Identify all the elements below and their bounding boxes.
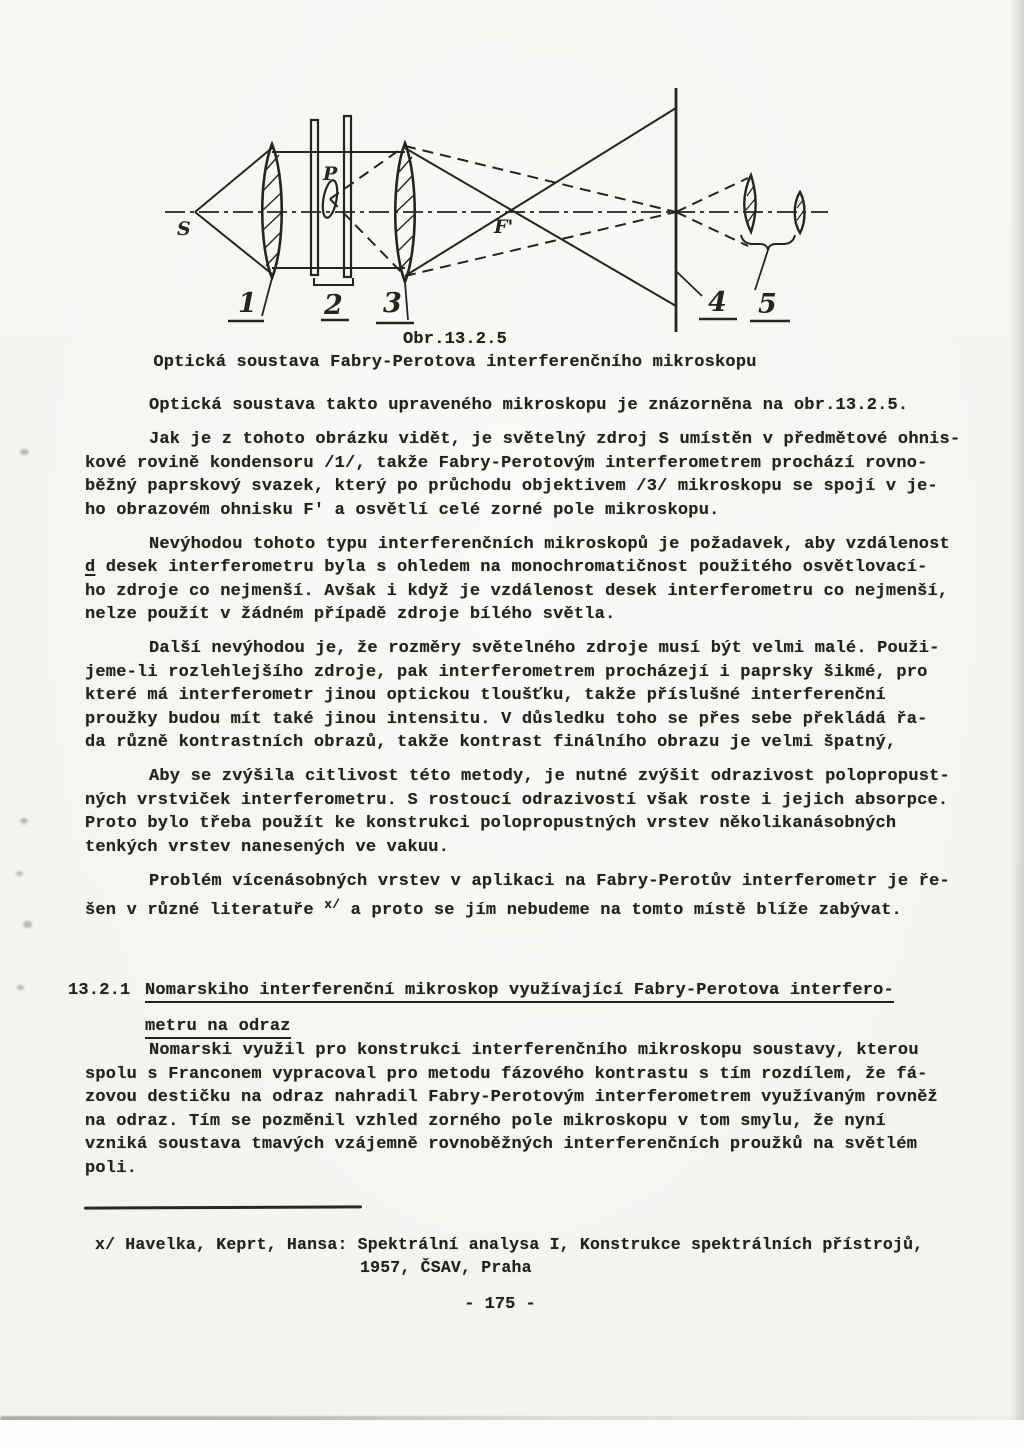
footnote-line1: x/ Havelka, Keprt, Hansa: Spektrální ana… — [95, 1233, 995, 1256]
paragraph-2: Jak je z tohoto obrázku vidět, je světel… — [85, 428, 980, 522]
dashed-rays — [330, 146, 748, 276]
footnote: x/ Havelka, Keprt, Hansa: Spektrální ana… — [95, 1233, 995, 1279]
ink-smudge — [17, 985, 24, 990]
section-heading: 13.2.1Nomarskiho interferenční mikroskop… — [68, 973, 968, 1045]
footnote-line2: 1957, ČSAV, Praha — [95, 1256, 995, 1279]
page-number: - 175 - — [85, 1294, 915, 1316]
section-title-line2: metru na odraz — [145, 1017, 291, 1039]
parallel-beam — [272, 152, 405, 268]
image-rays — [405, 108, 676, 306]
ink-smudge — [20, 449, 29, 455]
condenser-lens — [262, 144, 282, 278]
section-number: 13.2.1 — [68, 973, 145, 1009]
figure-caption-block: Obr.13.2.5 Optická soustava Fabry-Peroto… — [85, 328, 825, 374]
label-1: 1 — [238, 288, 257, 319]
paragraph-3-rest: desek interferometru byla s ohledem na m… — [85, 558, 948, 624]
label-4: 4 — [708, 287, 727, 318]
eyepiece-brace — [741, 235, 795, 250]
label-3: 3 — [383, 288, 402, 319]
scanner-background — [0, 1420, 1024, 1448]
paragraph-1: Optická soustava takto upraveného mikros… — [85, 394, 980, 418]
paragraph-3-intro: Nevýhodou tohoto typu interferenčních mi… — [149, 535, 950, 554]
label-2: 2 — [323, 290, 343, 321]
ink-smudge — [23, 921, 32, 928]
paragraph-6: Problém vícenásobných vrstev v aplikaci … — [85, 870, 980, 923]
paragraph-7: Nomarski využil pro konstrukci interfere… — [85, 1039, 980, 1180]
paragraph-4: Další nevýhodou je, že rozměry světelnéh… — [85, 637, 980, 755]
footnote-rule — [84, 1205, 362, 1209]
plates-bracket — [314, 278, 353, 285]
interferometer-plates — [311, 116, 351, 277]
paragraph-6-rest: a proto se jím nebudeme na tomto místě b… — [340, 901, 902, 920]
section-heading-line1: 13.2.1Nomarskiho interferenční mikroskop… — [68, 973, 968, 1009]
ink-smudge — [20, 818, 28, 824]
label-source-s: S — [177, 218, 191, 240]
label-5: 5 — [758, 289, 777, 320]
section-title-line1: Nomarskiho interferenční mikroskop využí… — [145, 981, 894, 1003]
optical-diagram: S P F' 1 2 3 4 5 — [140, 82, 840, 340]
label-focus-f: F' — [493, 216, 513, 238]
paragraph-5: Aby se zvýšila citlivost této metody, je… — [85, 765, 980, 859]
eyepiece-field-lens — [744, 175, 755, 232]
source-rays — [195, 148, 272, 274]
scanned-page: S P F' 1 2 3 4 5 Obr.13.2.5 Optická sous… — [0, 0, 1024, 1448]
section-body: Nomarski využil pro konstrukci interfere… — [85, 1039, 980, 1191]
figure-number: Obr.13.2.5 — [85, 328, 825, 351]
scan-edge-shadow — [1010, 0, 1024, 1448]
footnote-marker: x/ — [324, 897, 340, 912]
ink-smudge — [16, 871, 23, 876]
underlined-d: d — [85, 558, 95, 577]
body-text: Optická soustava takto upraveného mikros… — [85, 394, 980, 933]
paragraph-3: Nevýhodou tohoto typu interferenčních mi… — [85, 533, 980, 627]
figure-caption: Optická soustava Fabry-Perotova interfer… — [85, 351, 825, 374]
label-object-p: P — [322, 163, 338, 185]
